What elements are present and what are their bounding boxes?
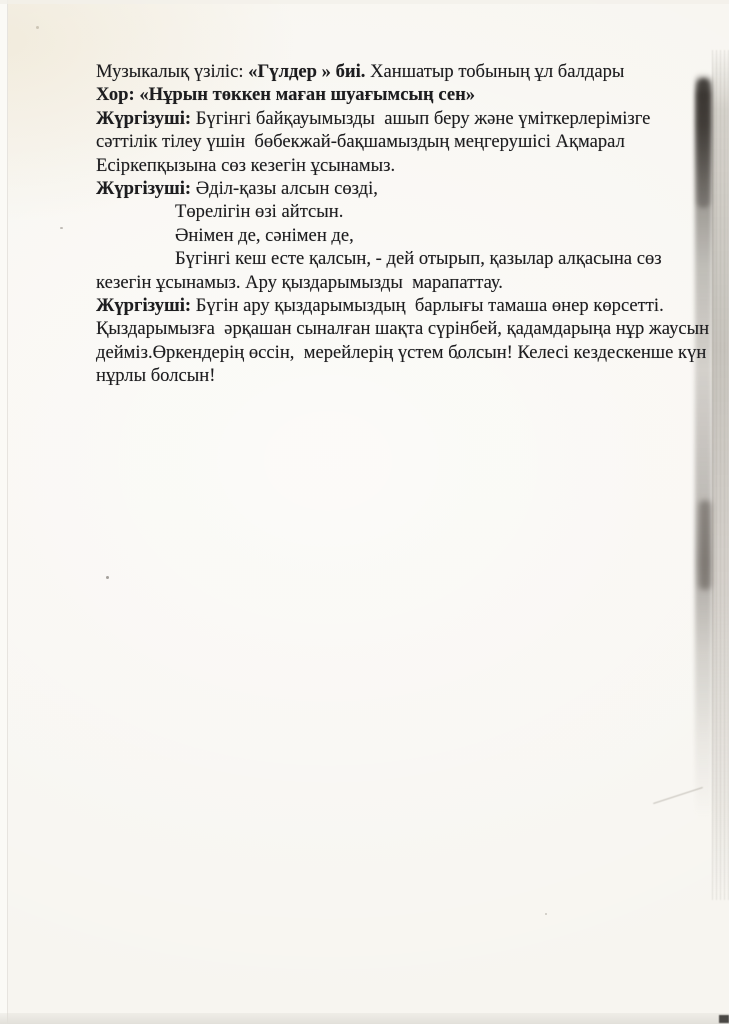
text-segment-bold: Жүргізуші: <box>96 295 191 316</box>
text-segment-bold: Жүргізуші: <box>96 178 191 199</box>
scan-streak-dark-top <box>697 78 710 208</box>
text-segment: дейміз.Өркендерің өссін, мерейлерің үсте… <box>96 342 706 363</box>
text-line: Төрелігін өзі айтсын. <box>175 200 671 223</box>
text-segment: Бүгінгі байқауымызды ашып беру және үміт… <box>191 108 650 129</box>
page-curl-right <box>712 50 729 900</box>
text-line: Хор: «Нұрын төккен маған шуағымсың сен» <box>96 83 671 106</box>
text-segment: кезегін ұсынамыз. Ару қыздарымызды марап… <box>96 272 503 293</box>
ink-speck <box>36 26 39 29</box>
ink-speck <box>60 227 63 229</box>
ink-speck <box>106 576 109 579</box>
text-segment: Әнімен де, сәнімен де, <box>175 225 354 246</box>
text-segment: нұрлы болсын! <box>96 365 215 386</box>
text-line: Музыкалық үзіліс: «Гүлдер » биі. Ханшаты… <box>96 60 671 83</box>
text-line: Жүргізуші: Бүгін ару қыздарымыздың барлы… <box>96 294 671 317</box>
text-segment: Бүгін ару қыздарымыздың барлығы тамаша ө… <box>191 295 664 316</box>
text-segment: сәттілік тілеу үшін бөбекжай-бақшамыздың… <box>96 131 625 152</box>
text-segment: Музыкалық үзіліс: <box>96 61 248 82</box>
text-segment: Төрелігін өзі айтсын. <box>175 201 343 222</box>
scan-edge-left <box>0 0 8 1024</box>
text-line: Бүгінгі кеш есте қалсын, - дей отырып, қ… <box>175 247 671 270</box>
text-line: кезегін ұсынамыз. Ару қыздарымызды марап… <box>96 271 671 294</box>
scanned-document-page: Музыкалық үзіліс: «Гүлдер » биі. Ханшаты… <box>0 0 729 1024</box>
text-line: Әнімен де, сәнімен де, <box>175 224 671 247</box>
text-line: Қыздарымызға әрқашан сыналған шақта сүрі… <box>96 317 671 340</box>
text-segment: Есіркепқызына сөз кезегін ұсынамыз. <box>96 155 395 176</box>
text-line: Жүргізуші: Әділ-қазы алсын сөзді, <box>96 177 671 200</box>
ink-speck <box>545 913 547 915</box>
text-segment-bold: Жүргізуші: <box>96 108 191 129</box>
scanner-strip-bottom <box>0 1013 729 1024</box>
text-segment: Қыздарымызға әрқашан сыналған шақта сүрі… <box>96 318 709 339</box>
scan-streak-smudge-mid <box>699 500 711 590</box>
text-segment-bold: Хор: «Нұрын төккен маған шуағымсың сен» <box>96 84 475 105</box>
document-text: Музыкалық үзіліс: «Гүлдер » биі. Ханшаты… <box>96 60 671 388</box>
text-line: дейміз.Өркендерің өссін, мерейлерің үсте… <box>96 341 671 364</box>
text-segment-bold: «Гүлдер » биі. <box>248 61 365 82</box>
text-segment: Бүгінгі кеш есте қалсын, - дей отырып, қ… <box>175 248 662 269</box>
text-line: сәттілік тілеу үшін бөбекжай-бақшамыздың… <box>96 130 671 153</box>
corner-mark-bottom-right <box>719 1015 729 1023</box>
text-line: Есіркепқызына сөз кезегін ұсынамыз. <box>96 154 671 177</box>
text-segment: Ханшатыр тобының ұл балдары <box>365 61 624 82</box>
text-line: нұрлы болсын! <box>96 364 671 387</box>
text-segment: Әділ-қазы алсын сөзді, <box>191 178 378 199</box>
scan-edge-top <box>0 0 729 4</box>
text-line: Жүргізуші: Бүгінгі байқауымызды ашып бер… <box>96 107 671 130</box>
